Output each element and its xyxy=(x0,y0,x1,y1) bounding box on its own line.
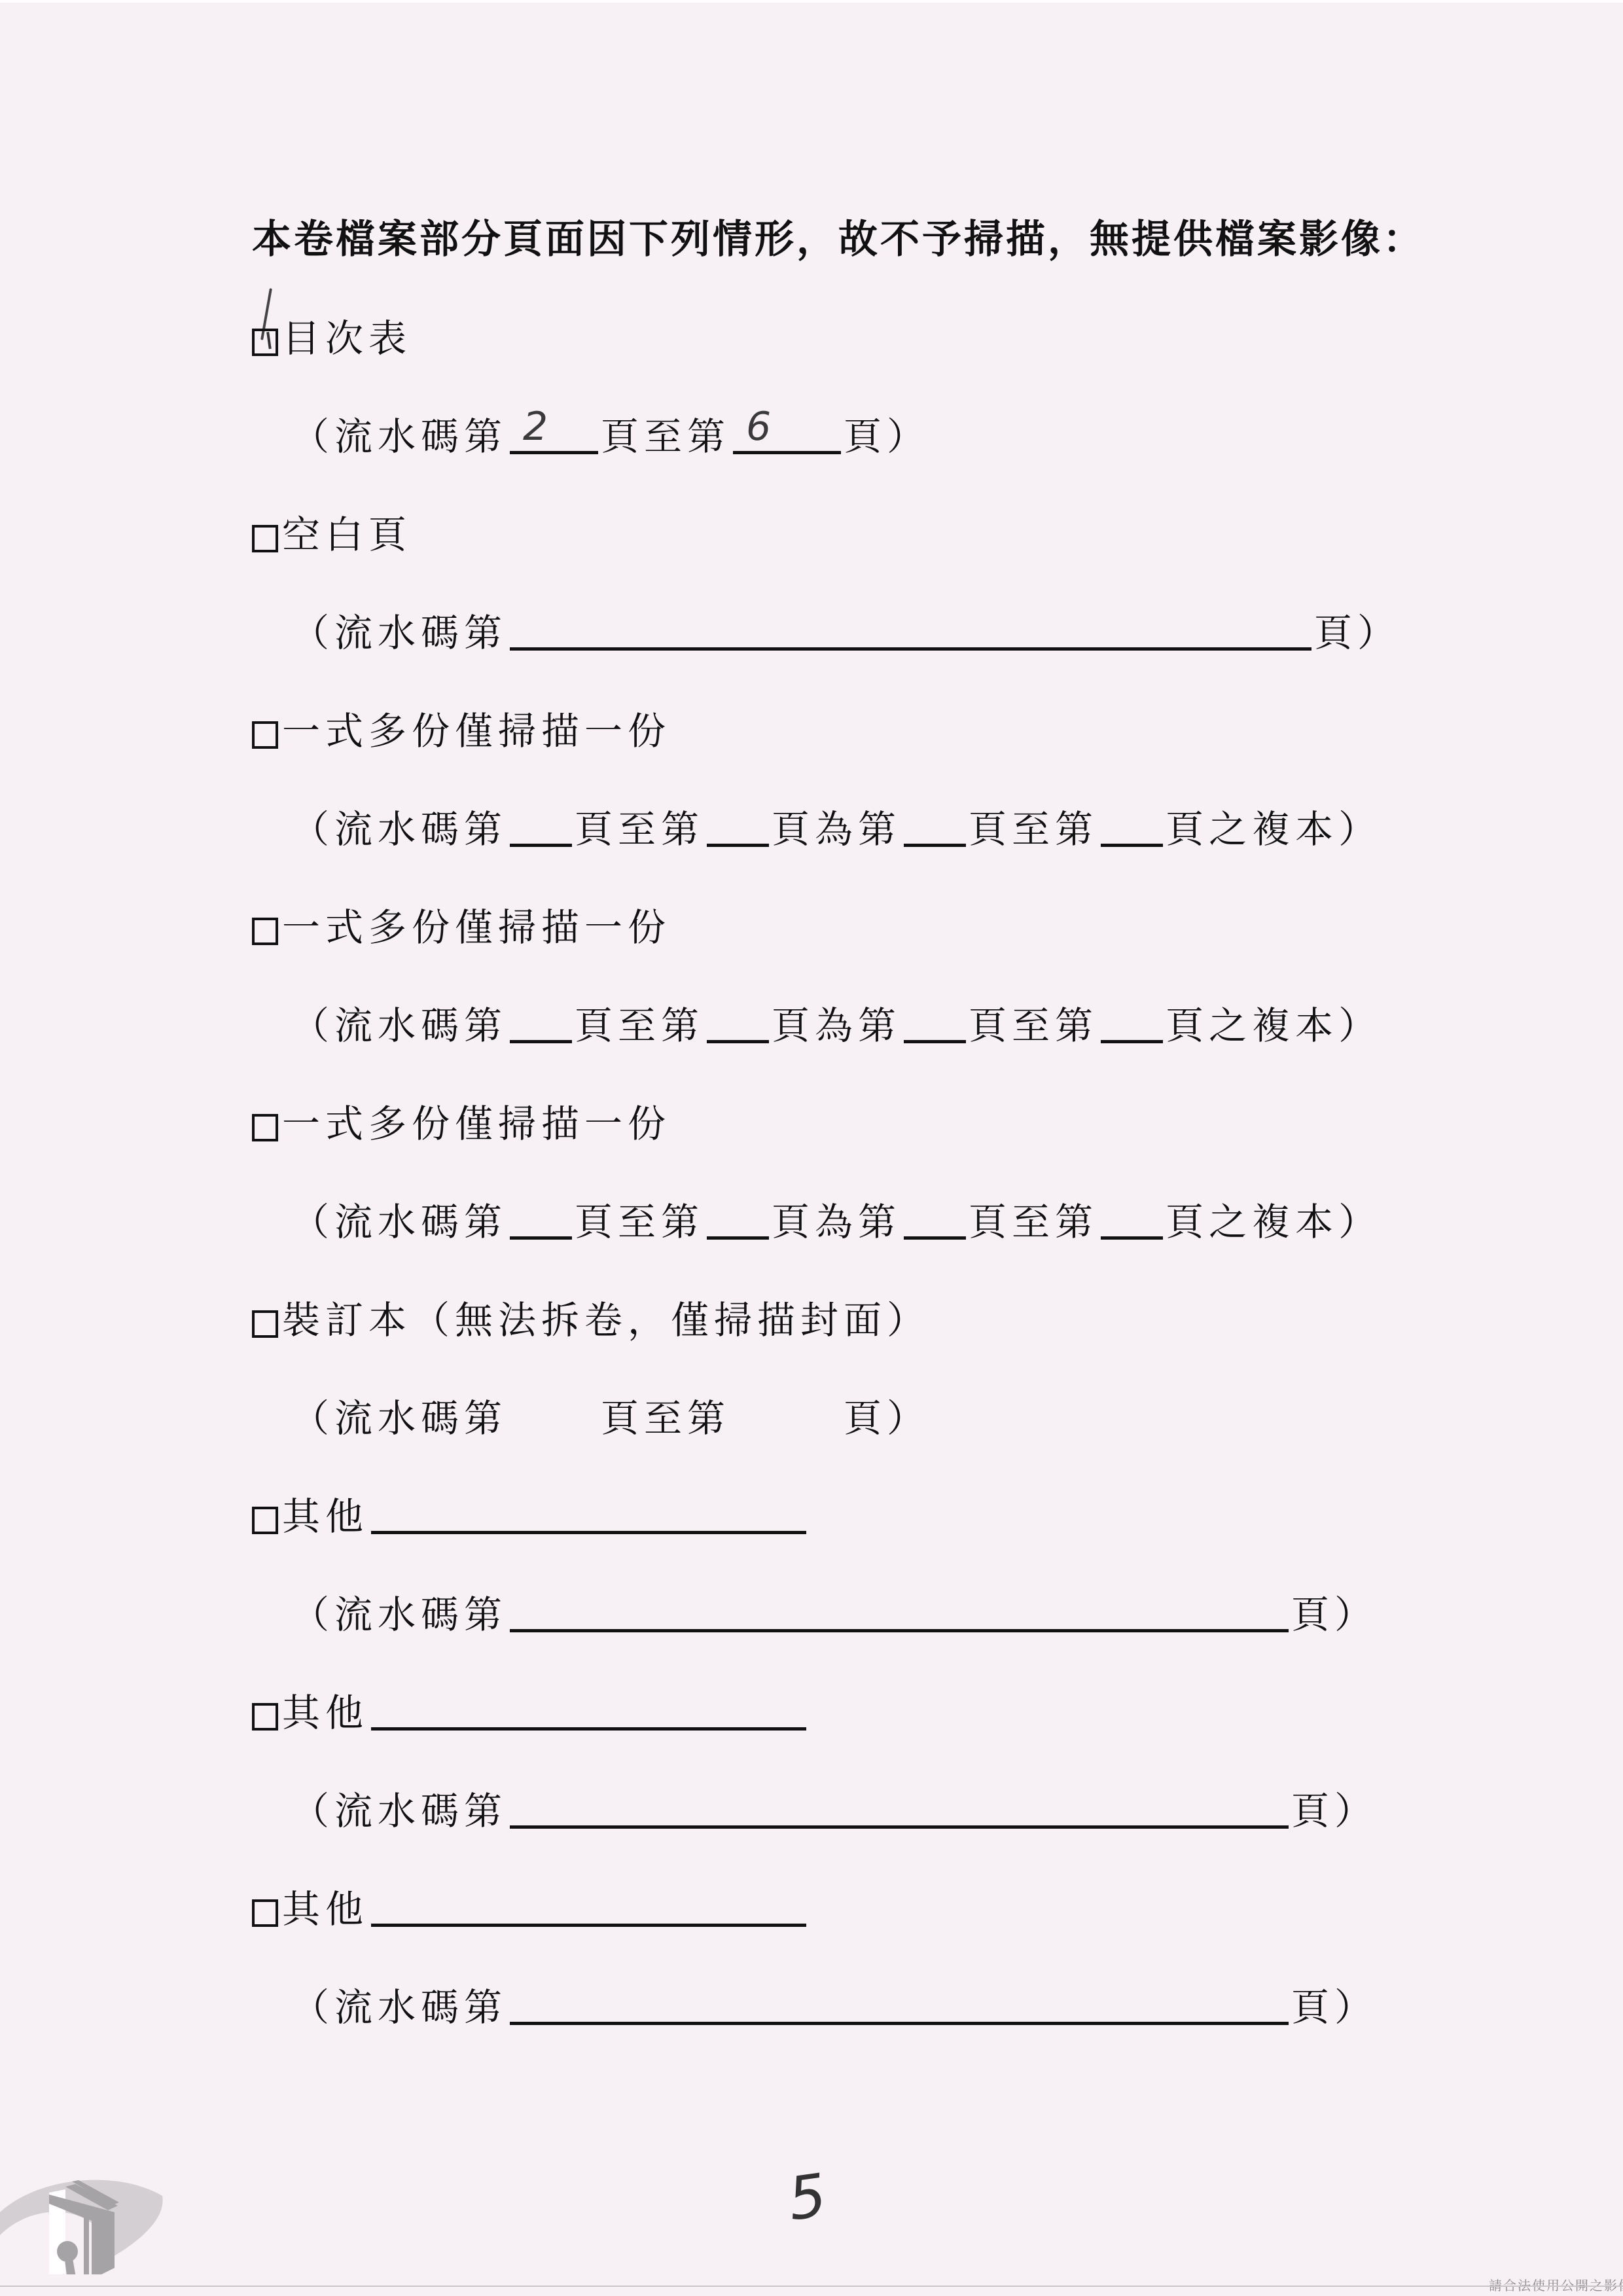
detail-text: 頁至第 xyxy=(575,798,704,853)
page-heading: 本卷檔案部分頁面因下列情形，故不予掃描，無提供檔案影像： xyxy=(252,208,1425,264)
detail-suffix: 頁） xyxy=(844,406,930,461)
checkbox-icon[interactable] xyxy=(252,1703,278,1731)
option-detail-table-of-contents: （流水碼第 2 頁至第 6 頁） xyxy=(291,406,930,461)
from-page-field[interactable] xyxy=(510,1403,598,1436)
detail-prefix: （流水碼第 xyxy=(291,1388,507,1443)
detail-suffix: 頁） xyxy=(1291,1780,1378,1835)
option-label: 裝訂本（無法拆卷，僅掃描封面） xyxy=(282,1289,930,1344)
detail-text: 頁至第 xyxy=(575,995,704,1050)
detail-mid: 頁至第 xyxy=(601,406,730,461)
detail-mid: 頁至第 xyxy=(601,1388,730,1443)
archive-book-keyhole-logo-icon xyxy=(0,2163,170,2274)
option-detail-blank-page: （流水碼第 頁） xyxy=(291,602,1400,657)
checkbox-icon[interactable] xyxy=(252,1899,278,1927)
detail-suffix: 頁） xyxy=(844,1388,930,1443)
detail-text: 頁至第 xyxy=(575,1191,704,1246)
from-page-field[interactable]: 2 xyxy=(510,418,598,454)
detail-text: 頁至第 xyxy=(969,995,1098,1050)
handwritten-page-number: 5 xyxy=(784,2161,830,2234)
page-field[interactable] xyxy=(707,1204,769,1240)
option-label: 一式多份僅掃描一份 xyxy=(282,897,671,952)
page-bottom-edge xyxy=(0,2286,1623,2287)
page-field[interactable] xyxy=(707,811,769,847)
option-label: 一式多份僅掃描一份 xyxy=(282,700,671,755)
checkbox-icon[interactable] xyxy=(252,918,278,945)
page-field[interactable] xyxy=(510,1204,572,1240)
option-detail-multiple-copies-2: （流水碼第 頁至第 頁為第 頁至第 頁之複本） xyxy=(291,995,1382,1050)
page-range-field[interactable] xyxy=(510,1793,1289,1829)
option-table-of-contents[interactable]: 目次表 xyxy=(252,308,412,363)
detail-suffix: 頁之複本） xyxy=(1166,798,1382,853)
detail-prefix: （流水碼第 xyxy=(291,798,507,853)
option-label: 其他 xyxy=(282,1682,368,1737)
checkbox-checked-icon[interactable] xyxy=(252,329,278,356)
option-multiple-copies-2[interactable]: 一式多份僅掃描一份 xyxy=(252,897,671,952)
option-detail-multiple-copies-3: （流水碼第 頁至第 頁為第 頁至第 頁之複本） xyxy=(291,1191,1382,1246)
detail-prefix: （流水碼第 xyxy=(291,1191,507,1246)
usage-notice: 請合法使用公開之影像 xyxy=(1489,2275,1623,2294)
page-field[interactable] xyxy=(1101,811,1163,847)
option-other-2[interactable]: 其他 xyxy=(252,1682,809,1737)
page-field[interactable] xyxy=(707,1007,769,1043)
detail-prefix: （流水碼第 xyxy=(291,602,507,657)
option-bound-volume[interactable]: 裝訂本（無法拆卷，僅掃描封面） xyxy=(252,1289,930,1344)
option-other-1[interactable]: 其他 xyxy=(252,1486,809,1541)
page-field[interactable] xyxy=(904,1204,966,1240)
detail-prefix: （流水碼第 xyxy=(291,406,507,461)
page-field[interactable] xyxy=(1101,1204,1163,1240)
page-top-edge xyxy=(0,0,1623,3)
page-field[interactable] xyxy=(510,811,572,847)
page-field[interactable] xyxy=(904,811,966,847)
option-multiple-copies-3[interactable]: 一式多份僅掃描一份 xyxy=(252,1093,671,1148)
option-blank-page[interactable]: 空白頁 xyxy=(252,504,412,559)
option-detail-multiple-copies-1: （流水碼第 頁至第 頁為第 頁至第 頁之複本） xyxy=(291,798,1382,853)
checkbox-icon[interactable] xyxy=(252,721,278,749)
checkbox-icon[interactable] xyxy=(252,1114,278,1141)
checkbox-icon[interactable] xyxy=(252,525,278,552)
handwritten-to-page: 6 xyxy=(746,404,771,450)
checkbox-icon[interactable] xyxy=(252,1507,278,1534)
detail-prefix: （流水碼第 xyxy=(291,1584,507,1639)
option-label: 其他 xyxy=(282,1486,368,1541)
detail-text: 頁至第 xyxy=(969,1191,1098,1246)
option-multiple-copies-1[interactable]: 一式多份僅掃描一份 xyxy=(252,700,671,755)
option-detail-other-1: （流水碼第 頁） xyxy=(291,1584,1378,1639)
detail-suffix: 頁之複本） xyxy=(1166,1191,1382,1246)
other-reason-field[interactable] xyxy=(371,1891,806,1927)
page-field[interactable] xyxy=(1101,1007,1163,1043)
handwritten-from-page: 2 xyxy=(523,404,548,450)
detail-text: 頁至第 xyxy=(969,798,1098,853)
option-label: 目次表 xyxy=(282,308,412,363)
option-detail-other-2: （流水碼第 頁） xyxy=(291,1780,1378,1835)
option-label: 其他 xyxy=(282,1878,368,1933)
page-range-field[interactable] xyxy=(510,1596,1289,1632)
to-page-field[interactable] xyxy=(733,1403,841,1436)
to-page-field[interactable]: 6 xyxy=(733,418,841,454)
detail-suffix: 頁） xyxy=(1291,1584,1378,1639)
detail-prefix: （流水碼第 xyxy=(291,1977,507,2032)
other-reason-field[interactable] xyxy=(371,1695,806,1731)
detail-suffix: 頁） xyxy=(1314,602,1400,657)
detail-suffix: 頁之複本） xyxy=(1166,995,1382,1050)
page-field[interactable] xyxy=(904,1007,966,1043)
detail-text: 頁為第 xyxy=(772,1191,901,1246)
option-detail-other-3: （流水碼第 頁） xyxy=(291,1977,1378,2032)
option-label: 一式多份僅掃描一份 xyxy=(282,1093,671,1148)
option-detail-bound-volume: （流水碼第 頁至第 頁） xyxy=(291,1388,930,1443)
page-field[interactable] xyxy=(510,1007,572,1043)
detail-text: 頁為第 xyxy=(772,995,901,1050)
other-reason-field[interactable] xyxy=(371,1498,806,1534)
checkbox-icon[interactable] xyxy=(252,1310,278,1338)
detail-prefix: （流水碼第 xyxy=(291,995,507,1050)
page-range-field[interactable] xyxy=(510,615,1311,651)
detail-suffix: 頁） xyxy=(1291,1977,1378,2032)
option-other-3[interactable]: 其他 xyxy=(252,1878,809,1933)
detail-prefix: （流水碼第 xyxy=(291,1780,507,1835)
page-range-field[interactable] xyxy=(510,1989,1289,2025)
option-label: 空白頁 xyxy=(282,504,412,559)
detail-text: 頁為第 xyxy=(772,798,901,853)
